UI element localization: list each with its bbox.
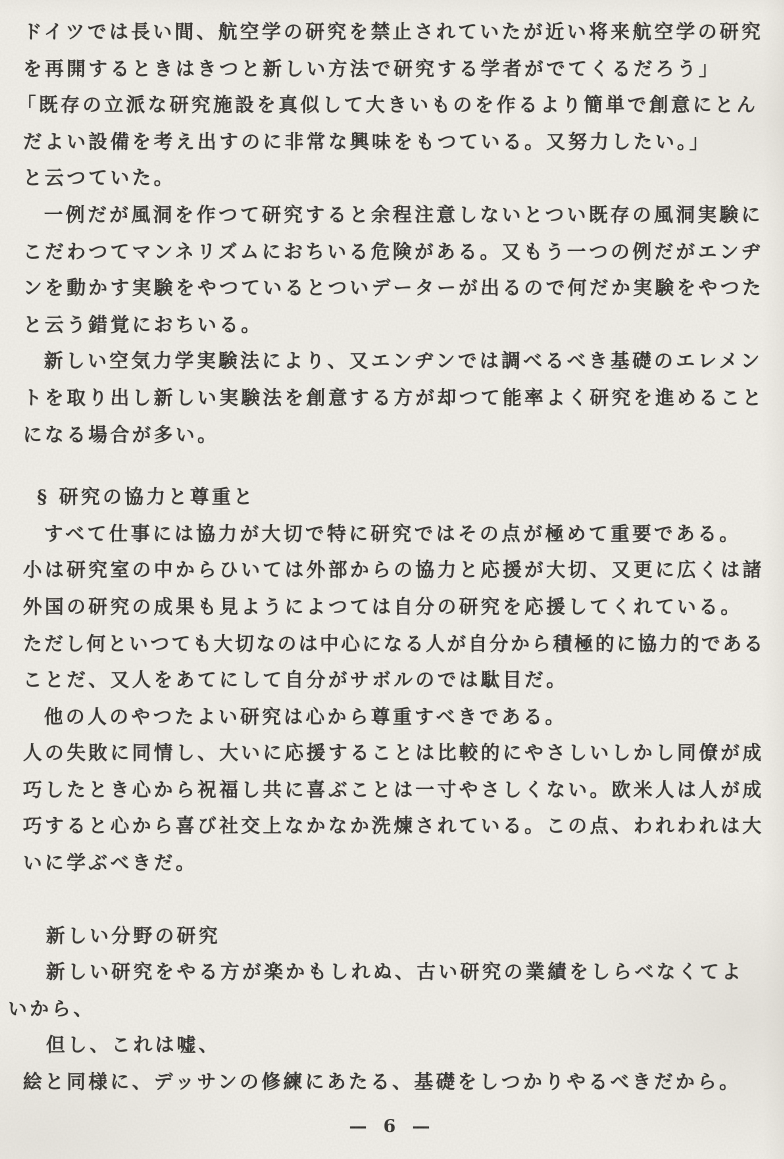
document-text: ドイツでは長い間、航空学の研究を禁止されていたが近い将来航空学の研究 を再開する…	[0, 0, 784, 1145]
text-line: を再開するときはきつと新しい方法で研究する学者がでてくるだろう」	[23, 51, 784, 88]
text-line: トを取り出し新しい実験法を創意する方が却つて能率よく研究を進めること	[23, 380, 784, 417]
text-line: と云つていた。	[23, 160, 784, 197]
text-line: ドイツでは長い間、航空学の研究を禁止されていたが近い将来航空学の研究	[23, 14, 784, 51]
text-line: 人の失敗に同情し、大いに応援することは比較的にやさしいしかし同僚が成	[23, 735, 784, 772]
text-line: 外国の研究の成果も見ようによつては自分の研究を応援してくれている。	[23, 589, 784, 626]
text-line: いに学ぶべきだ。	[23, 845, 784, 882]
section-heading: 新しい分野の研究	[46, 918, 784, 955]
text-line: 絵と同様に、デッサンの修練にあたる、基礎をしつかりやるべきだから。	[23, 1064, 784, 1101]
section-heading: § 研究の協力と尊重と	[37, 479, 784, 516]
text-line: ただし何といつても大切なのは中心になる人が自分から積極的に協力的である	[23, 626, 784, 663]
text-line: ンを動かす実験をやつているとついデーターが出るので何だか実験をやつた	[23, 270, 784, 307]
text-line: 新しい研究をやる方が楽かもしれぬ、古い研究の業績をしらべなくてよ	[46, 954, 784, 991]
page-number: — 6 —	[0, 1109, 784, 1146]
text-line: ことだ、又人をあてにして自分がサボルのでは駄目だ。	[23, 662, 784, 699]
text-line: 小は研究室の中からひいては外部からの協力と応援が大切、又更に広くは諸	[23, 552, 784, 589]
text-line: 巧すると心から喜び社交上なかなか洗煉されている。この点、われわれは大	[23, 808, 784, 845]
text-line: 巧したとき心から祝福し共に喜ぶことは一寸やさしくない。欧米人は人が成	[23, 772, 784, 809]
text-line: 「既存の立派な研究施設を真似して大きいものを作るより簡単で創意にとん	[17, 87, 784, 124]
text-line: 但し、これは嘘、	[46, 1027, 784, 1064]
text-line: こだわつてマンネリズムにおちいる危険がある。又もう一つの例だがエンヂ	[23, 234, 784, 271]
text-line: 一例だが風洞を作つて研究すると余程注意しないとつい既存の風洞実験に	[44, 197, 784, 234]
scanned-page: ドイツでは長い間、航空学の研究を禁止されていたが近い将来航空学の研究 を再開する…	[0, 0, 784, 1159]
text-line: だよい設備を考え出すのに非常な興味をもつている。又努力したい。」	[23, 124, 784, 161]
text-line: すべて仕事には協力が大切で特に研究ではその点が極めて重要である。	[44, 516, 784, 553]
text-line: になる場合が多い。	[23, 417, 784, 454]
text-line: 新しい空気力学実験法により、又エンヂンでは調べるべき基礎のエレメン	[44, 343, 784, 380]
text-line: 他の人のやつたよい研究は心から尊重すべきである。	[44, 699, 784, 736]
text-line: いから、	[8, 991, 784, 1028]
text-line: と云う錯覚におちいる。	[23, 307, 784, 344]
